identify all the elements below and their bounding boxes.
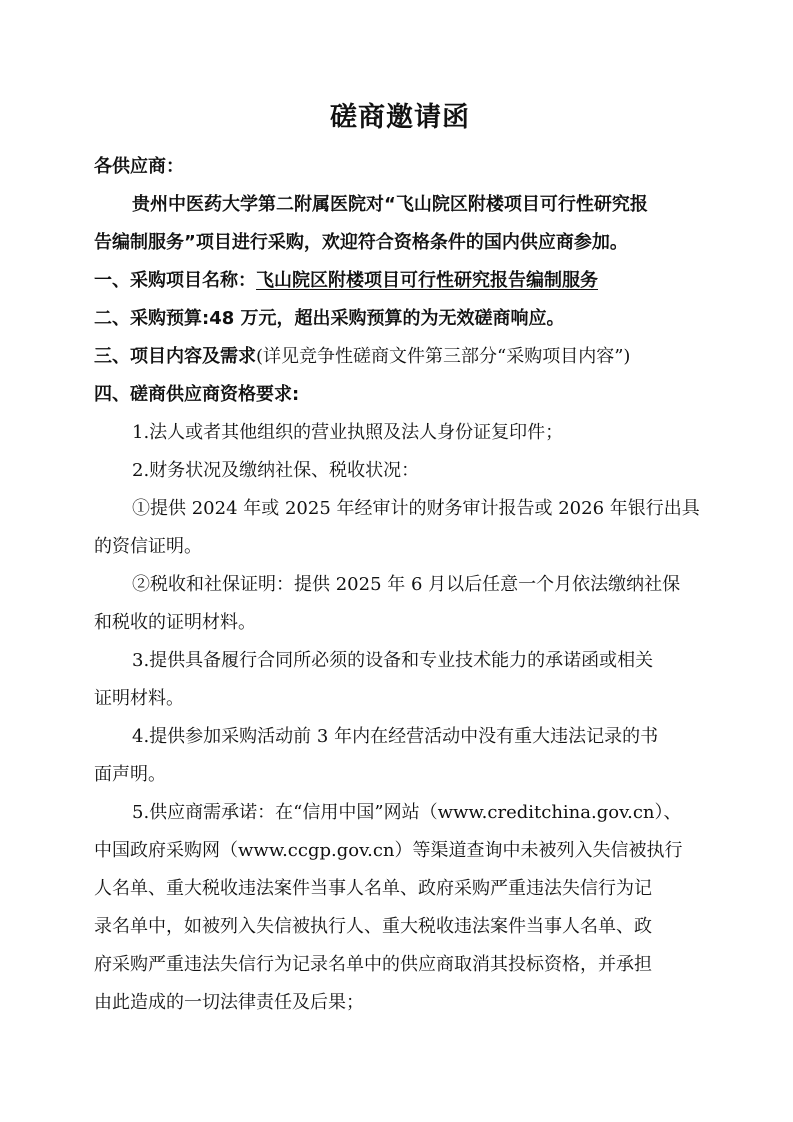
project-name-value: 飞山院区附楼项目可行性研究报告编制服务 (256, 270, 598, 291)
intro-line-2: 告编制服务”项目进行采购，欢迎符合资格条件的国内供应商参加。 (94, 224, 706, 262)
intro-line-1: 贵州中医药大学第二附属医院对“飞山院区附楼项目可行性研究报 (94, 186, 706, 224)
requirement-2: 2.财务状况及缴纳社保、税收状况： (94, 452, 706, 490)
section-1-label: 一、采购项目名称： (94, 270, 256, 291)
requirement-4-line-2: 面声明。 (94, 756, 706, 794)
section-2-budget: 二、采购预算:48 万元，超出采购预算的为无效磋商响应。 (94, 300, 706, 338)
section-1-project-name: 一、采购项目名称：飞山院区附楼项目可行性研究报告编制服务 (94, 262, 706, 300)
requirement-5-line-6: 由此造成的一切法律责任及后果； (94, 984, 706, 1022)
document-title: 磋商邀请函 (94, 98, 706, 138)
requirement-5-line-4: 录名单中，如被列入失信被执行人、重大税收违法案件当事人名单、政 (94, 908, 706, 946)
section-3-content: 三、项目内容及需求(详见竞争性磋商文件第三部分“采购项目内容”) (94, 338, 706, 376)
requirement-1: 1.法人或者其他组织的营业执照及法人身份证复印件； (94, 414, 706, 452)
section-4-qualifications: 四、磋商供应商资格要求: (94, 376, 706, 414)
section-3-label: 三、项目内容及需求 (94, 346, 256, 367)
requirement-5-line-3: 人名单、重大税收违法案件当事人名单、政府采购严重违法失信行为记 (94, 870, 706, 908)
requirement-2b-line-1: ②税收和社保证明：提供 2025 年 6 月以后任意一个月依法缴纳社保 (94, 566, 706, 604)
requirement-4-line-1: 4.提供参加采购活动前 3 年内在经营活动中没有重大违法记录的书 (94, 718, 706, 756)
salutation: 各供应商： (94, 148, 706, 186)
requirement-5-line-1: 5.供应商需承诺：在“信用中国”网站（www.creditchina.gov.c… (94, 794, 706, 832)
requirement-3-line-2: 证明材料。 (94, 680, 706, 718)
document-page: 磋商邀请函 各供应商： 贵州中医药大学第二附属医院对“飞山院区附楼项目可行性研究… (94, 98, 706, 1022)
requirement-2b-line-2: 和税收的证明材料。 (94, 604, 706, 642)
requirement-3-line-1: 3.提供具备履行合同所必须的设备和专业技术能力的承诺函或相关 (94, 642, 706, 680)
requirement-2a-line-2: 的资信证明。 (94, 528, 706, 566)
requirement-5-line-5: 府采购严重违法失信行为记录名单中的供应商取消其投标资格，并承担 (94, 946, 706, 984)
section-3-note: (详见竞争性磋商文件第三部分“采购项目内容”) (256, 346, 630, 367)
requirement-5-line-2: 中国政府采购网（www.ccgp.gov.cn）等渠道查询中未被列入失信被执行 (94, 832, 706, 870)
requirement-2a-line-1: ①提供 2024 年或 2025 年经审计的财务审计报告或 2026 年银行出具 (94, 490, 706, 528)
